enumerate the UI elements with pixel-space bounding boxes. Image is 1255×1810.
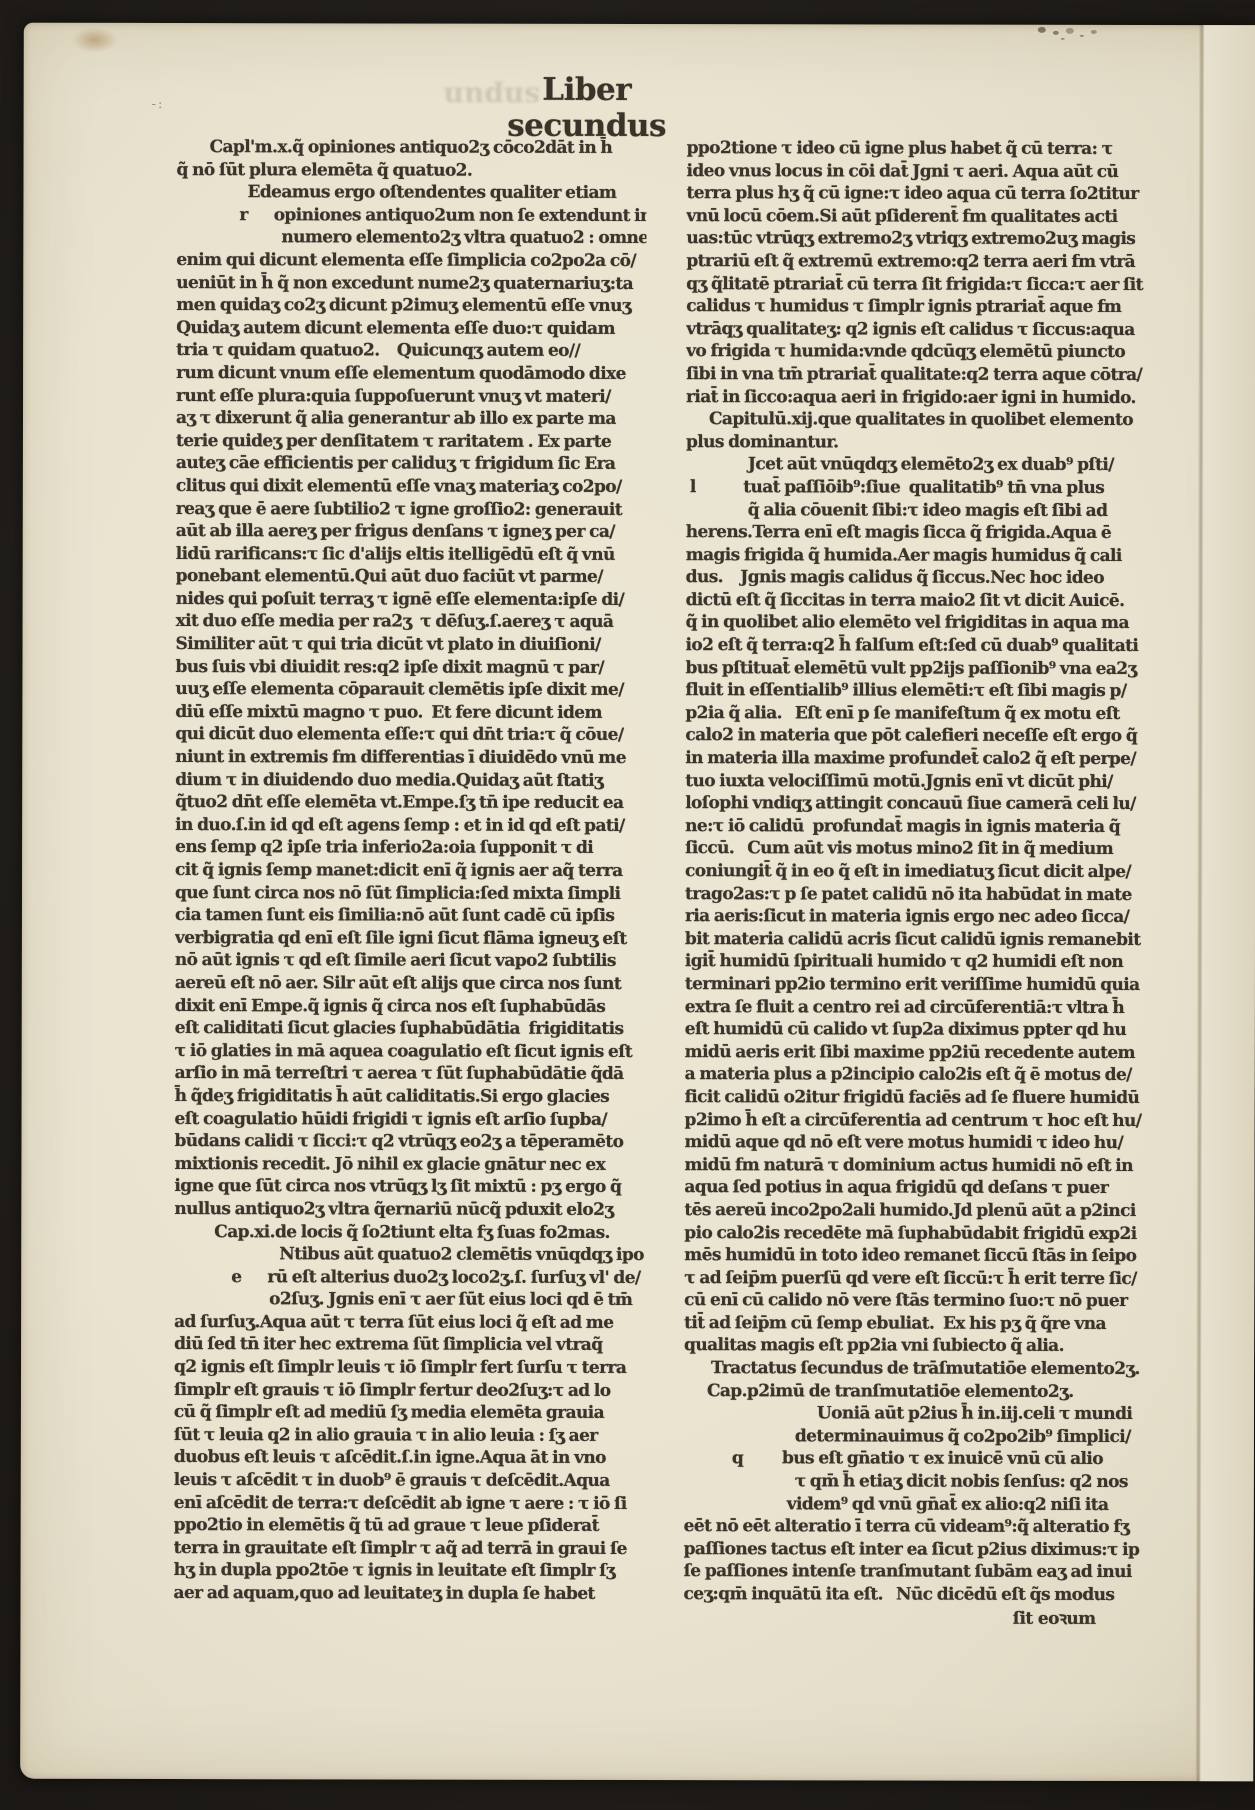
text-line: ficit calidū o2itur frigidū faciēs ad ſe… (685, 1086, 1147, 1110)
text-line: mixtionis recedit. Jō nihil ex glacie gn… (174, 1153, 644, 1177)
text-line: niunt in extremis fm differentias ī diui… (175, 746, 645, 770)
text-line: leuis τ aſcēdit τ in duob⁹ ē grauis τ de… (174, 1469, 644, 1493)
text-line: hʒ in dupla ppo2tōe τ ignis in leuitate … (174, 1559, 644, 1583)
paper-stain (72, 27, 118, 53)
text-line: terminari pp2io termino erit veriſſime h… (685, 973, 1147, 997)
text-line: in materia illa maxime profundet̄ calo2 … (685, 747, 1147, 771)
text-line: ſūt τ leuia q2 in alio grauia τ in alio … (174, 1424, 644, 1448)
text-line: Uoniā aūt p2ius h̄ in.iij.celi τ mundi (684, 1402, 1146, 1426)
text-line: e rū eſt alterius duo2ʒ loco2ʒ.ſ. ſurſuʒ… (174, 1266, 644, 1290)
text-line: uuʒ eſſe elementa cōparauit clemētis ipſ… (175, 678, 645, 702)
text-line: nō aūt ignis τ qd eſt ſimile aeri ſicut … (175, 949, 645, 973)
text-line: cū q̃ ſimplr eſt ad mediū ſʒ media elemē… (174, 1401, 644, 1425)
text-line: dus. Jgnis magis calidus q̃ ſiccus.Nec h… (686, 566, 1148, 590)
text-line: a materia plus a p2incipio calo2is eſt q… (685, 1063, 1147, 1087)
catchword: ſit eoꝛum (925, 1606, 1095, 1629)
text-column-left: Capl'm.x.q̃ opiniones antiquo2ʒ cōco2dāt… (174, 136, 647, 1606)
text-line: τ ad ſeip̄m puerſū qd vere eſt ſiccū:τ h… (684, 1267, 1146, 1291)
ink-smudge (1038, 27, 1046, 33)
text-line: bus ſuis vbi diuidit res:q2 ipſe dixit m… (175, 656, 645, 680)
text-line: Ntibus aūt quatuo2 clemētis vnūqdqʒ ipo (174, 1243, 644, 1267)
text-line: Cap.p2imū de tranſmutatiōe elemento2ʒ. (684, 1380, 1146, 1404)
text-line: ppo2tio in elemētis q̃ tū ad graue τ leu… (174, 1514, 644, 1538)
text-line: q̃tuo2 dn̄t eſſe elemēta vt.Empe.ſʒ tn̄ … (175, 791, 645, 815)
text-line: ſiccū. Cum aūt vis motus mino2 ſit in q̃… (685, 838, 1147, 862)
text-line: bus pſtituat̄ elemētū vult pp2ijs paſſio… (685, 657, 1147, 681)
text-line: ppo2tione τ ideo cū igne plus habet q̃ c… (687, 137, 1149, 161)
text-line: q̃ in quolibet alio elemēto vel frigidit… (686, 612, 1148, 636)
text-line: p2imo h̄ eſt a circūferentia ad centrum … (685, 1109, 1147, 1133)
text-line: cia tamen ſunt eis ſimilia:nō aūt ſunt c… (175, 904, 645, 928)
text-line: io2 eſt q̃ terra:q2 h̄ falſum eſt:ſed cū… (686, 634, 1148, 658)
text-line: men quidaʒ co2ʒ dicunt p2imuʒ elementū e… (176, 294, 646, 318)
running-header: Liber secundus (487, 72, 687, 144)
text-line: igit̄ humidū ſpirituali humido τ q2 humi… (685, 950, 1147, 974)
text-line: eēt nō eēt alteratio ī terra cū videam⁹:… (684, 1515, 1146, 1539)
text-line: dixit enī Empe.q̃ ignis q̃ circa nos eſt… (175, 995, 645, 1019)
page-fold-crease (1195, 25, 1255, 1781)
text-line: ueniūt in h̄ q̃ non excedunt nume2ʒ quat… (176, 272, 646, 296)
text-line: qualitas magis eſt pp2ia vni ſubiecto q̃… (684, 1335, 1146, 1359)
text-line: qui dicūt duo elementa eſſe:τ qui dn̄t t… (175, 723, 645, 747)
text-line: midū fm naturā τ dominium actus humidi n… (684, 1154, 1146, 1178)
text-line: enim qui dicunt elementa eſſe ſimplicia … (176, 249, 646, 273)
text-line: l tuat̄ paſſiōib⁹:ſiue qualitatib⁹ tn̄ v… (686, 476, 1148, 500)
text-line: dictū eſt q̃ ſiccitas in terra maio2 ſit… (686, 589, 1148, 613)
text-line: r opiniones antiquo2um non ſe extendunt … (176, 204, 646, 228)
text-line: lidū rarificans:τ ſic d'alijs eltis itel… (176, 543, 646, 567)
text-line: aūt ab illa aereʒ per frigus denſans τ i… (176, 520, 646, 544)
text-line: loſophi vndiqʒ attingit concauū ſiue cam… (685, 792, 1147, 816)
text-line: ſe paſſiones intenſe tranſmutant ſubām e… (684, 1561, 1146, 1585)
text-line: auteʒ cāe efficientis per caliduʒ τ frig… (176, 452, 646, 476)
text-line: arſio in mā terreſtri τ aerea τ ſūt ſuph… (175, 1062, 645, 1086)
text-line: Jcet aūt vnūqdqʒ elemēto2ʒ ex duab⁹ pſti… (686, 453, 1148, 477)
text-line: cit q̃ ignis ſemp manet:dicit enī q̃ ign… (175, 859, 645, 883)
text-line: igne que ſūt circa nos vtrūqʒ lʒ ſit mix… (174, 1175, 644, 1199)
text-line: eſt caliditati ſicut glacies ſuphabūdāti… (175, 1017, 645, 1041)
text-line: numero elemento2ʒ vltra quatuo2 : omnes (176, 226, 646, 250)
text-line: determinauimus q̃ co2po2ib⁹ ſimplici/ (684, 1425, 1146, 1449)
text-line: xit duo eſſe media per ra2ʒ τ dēſuʒ.ſ.ae… (176, 610, 646, 634)
scanned-book-photo: { "page": { "header": "Liber secundus", … (0, 0, 1255, 1810)
text-line: trago2as:τ p ſe patet calidū nō ita habū… (685, 883, 1147, 907)
text-line: ſimplr eſt grauis τ iō ſimplr fertur deo… (174, 1379, 644, 1403)
text-line: videm⁹ qd vnū gn̄at̄ ex alio:q2 niſi ita (684, 1493, 1146, 1517)
text-line: o2ſuʒ. Jgnis enī τ aer ſūt eius loci qd … (174, 1288, 644, 1312)
text-line: Cap.xi.de locis q̃ ſo2tiunt elta fʒ ſuas… (174, 1221, 644, 1245)
text-line: tit̄ ad ſeip̄m cū ſemp ebuliat. Ex his p… (684, 1312, 1146, 1336)
text-line: τ iō glaties in mā aquea coagulatio eſt … (175, 1040, 645, 1064)
text-line: ad ſurſuʒ.Aqua aūt τ terra ſūt eius loci… (174, 1311, 644, 1335)
text-line: p2ia q̃ alia. Eſt enī p ſe manifeſtum q̃… (685, 702, 1147, 726)
text-line: ria aeris:ſicut in materia ignis ergo ne… (685, 905, 1147, 929)
text-line: ne:τ iō calidū profundat̄ magis in ignis… (685, 815, 1147, 839)
text-line: rum dicunt vnum eſſe elementum quodāmodo… (176, 362, 646, 386)
text-line: uas:tūc vtrūqʒ extremo2ʒ vtriqʒ extremo2… (686, 227, 1148, 251)
text-line: enī aſcēdit de terra:τ deſcēdit ab igne … (174, 1492, 644, 1516)
text-line: Capl'm.x.q̃ opiniones antiquo2ʒ cōco2dāt… (177, 136, 647, 160)
text-line: eſt humidū cū calido vt ſup2a diximus pp… (685, 1018, 1147, 1042)
text-line: herens.Terra enī eſt magis ſicca q̃ frig… (686, 521, 1148, 545)
text-line: ponebant elementū.Qui aūt duo faciūt vt … (176, 565, 646, 589)
text-line: diū eſſe mixtū magno τ puo. Et fere dicu… (175, 701, 645, 725)
text-line: vnū locū cōem.Si aūt pſiderent̄ fm quali… (686, 205, 1148, 229)
text-line: q bus eſt gn̄atio τ ex inuicē vnū cū ali… (684, 1448, 1146, 1472)
text-line: q̃ nō ſūt plura elemēta q̃ quatuo2. (177, 159, 647, 183)
text-line: Tractatus ſecundus de trāſmutatiōe eleme… (684, 1357, 1146, 1381)
text-line: aereū eſt nō aer. Silr aūt eſt alijs que… (175, 972, 645, 996)
text-line: tria τ quidam quatuo2. Quicunqʒ autem eo… (176, 339, 646, 363)
text-line: ceʒ:qm̄ inquātū ita eſt. Nūc dicēdū eſt … (684, 1583, 1146, 1607)
text-line: ens ſemp q2 ipſe tria inferio2a:oia ſupp… (175, 836, 645, 860)
stray-ink-mark: -: (152, 97, 165, 112)
text-line: ſibi in vna tm̄ ptrariat̄ qualitate:q2 t… (686, 363, 1148, 387)
text-line: Quidaʒ autem dicunt elementa eſſe duo:τ … (176, 317, 646, 341)
text-line: mēs humidū in toto ideo remanet ſiccū ſt… (684, 1244, 1146, 1268)
text-line: q̃ alia cōuenit ſibi:τ ideo magis eſt ſi… (686, 499, 1148, 523)
text-line: diū ſed tn̄ iter hec extrema ſūt ſimplic… (174, 1333, 644, 1357)
text-line: duobus eſt leuis τ aſcēdit.ſ.in igne.Aqu… (174, 1446, 644, 1470)
text-line: aer ad aquam,quo ad leuitateʒ in dupla ſ… (174, 1582, 644, 1606)
text-line: magis frigida q̃ humida.Aer magis humidu… (686, 544, 1148, 568)
text-line: q2 ignis eſt ſimplr leuis τ iō ſimplr fe… (174, 1356, 644, 1380)
text-line: Similiter aūt τ qui tria dicūt vt plato … (176, 633, 646, 657)
text-line: Edeamus ergo oſtendentes qualiter etiam (176, 181, 646, 205)
text-line: ideo vnus locus in cōi dat̄ Jgni τ aeri.… (687, 160, 1149, 184)
text-line: plus dominantur. (686, 431, 1148, 455)
text-line: calo2 in materia que pōt calefieri neceſ… (685, 725, 1147, 749)
text-line: midū aeris erit ſibi maxime pp2iū recede… (685, 1041, 1147, 1065)
text-line: bit materia calidū acris ſicut calidū ig… (685, 928, 1147, 952)
text-line: h̄ q̃deʒ frigiditatis h̄ aūt caliditatis… (175, 1085, 645, 1109)
text-line: calidus τ humidus τ ſimplr ignis ptraria… (686, 295, 1148, 319)
text-line: Capitulū.xij.que qualitates in quolibet … (686, 408, 1148, 432)
text-line: dium τ in diuidendo duo media.Quidaʒ aūt… (175, 769, 645, 793)
text-line: paſſiones tactus eſt inter ea ſicut p2iu… (684, 1538, 1146, 1562)
text-line: pio calo2is recedēte mā ſuphabūdabit fri… (684, 1222, 1146, 1246)
text-line: reaʒ que ē aere ſubtilio2 τ igne groſſio… (176, 498, 646, 522)
text-line: ptrariū eſt q̃ extremū extremo:q2 terra … (686, 250, 1148, 274)
text-line: terra plus hʒ q̃ cū igne:τ ideo aqua cū … (686, 182, 1148, 206)
text-line: aʒ τ dixerunt q̃ alia generantur ab illo… (176, 407, 646, 431)
text-line: midū aque qd nō eſt vere motus humidi τ … (684, 1131, 1146, 1155)
text-line: fluit in eſſentialib⁹ illius elemēti:τ e… (685, 679, 1147, 703)
text-line: riat̄ in ſicco:aqua aeri in frigido:aer … (686, 386, 1148, 410)
text-line: tēs aereū inco2po2ali humido.Jd plenū aū… (684, 1199, 1146, 1223)
text-line: extra ſe fluit a centro rei ad circūfere… (685, 996, 1147, 1020)
text-line: in duo.ſ.in id qd eſt agens ſemp : et in… (175, 814, 645, 838)
text-line: τ qm̄ h̄ etiaʒ dicit nobis ſenſus: q2 no… (684, 1470, 1146, 1494)
text-line: tuo iuxta velociſſimū motū.Jgnis enī vt … (685, 770, 1147, 794)
text-line: verbigratia qd enī eſt ſile igni ſicut f… (175, 927, 645, 951)
text-line: eſt coagulatio hūidi frigidi τ ignis eſt… (175, 1108, 645, 1132)
text-line: que ſunt circa nos nō ſūt ſimplicia:ſed … (175, 882, 645, 906)
text-column-right: ppo2tione τ ideo cū igne plus habet q̃ c… (684, 137, 1149, 1607)
text-line: būdans calidi τ ſicci:τ q2 vtrūqʒ eo2ʒ a… (174, 1130, 644, 1154)
text-line: terie quideʒ per denſitatem τ raritatem … (176, 430, 646, 454)
text-line: aqua ſed potius in aqua frigidū qd deſan… (684, 1176, 1146, 1200)
text-line: cū enī cū calido nō vere ſtās termino ſu… (684, 1289, 1146, 1313)
text-line: nullus antiquo2ʒ vltra q̃ernariū nūcq̃ p… (174, 1198, 644, 1222)
text-line: qʒ q̃litatē ptrariat̄ cū terra ſit frigi… (686, 273, 1148, 297)
text-line: nides qui poſuit terraʒ τ ignē eſſe elem… (176, 588, 646, 612)
text-line: vtrāqʒ qualitateʒ: q2 ignis eſt calidus … (686, 318, 1148, 342)
book-page: -: snpun Liber secundus Capl'm.x.q̃ opin… (20, 23, 1255, 1782)
text-line: clitus qui dixit elementū eſſe vnaʒ mate… (176, 475, 646, 499)
text-line: terra in grauitate eſt ſimplr τ aq̃ ad t… (174, 1537, 644, 1561)
text-line: coniungit̄ q̃ in eo q̃ eſt in imediatuʒ … (685, 860, 1147, 884)
text-line: runt eſſe plura:quia ſuppoſuerunt vnuʒ v… (176, 385, 646, 409)
text-line: vo frigida τ humida:vnde qdcūqʒ elemētū … (686, 340, 1148, 364)
